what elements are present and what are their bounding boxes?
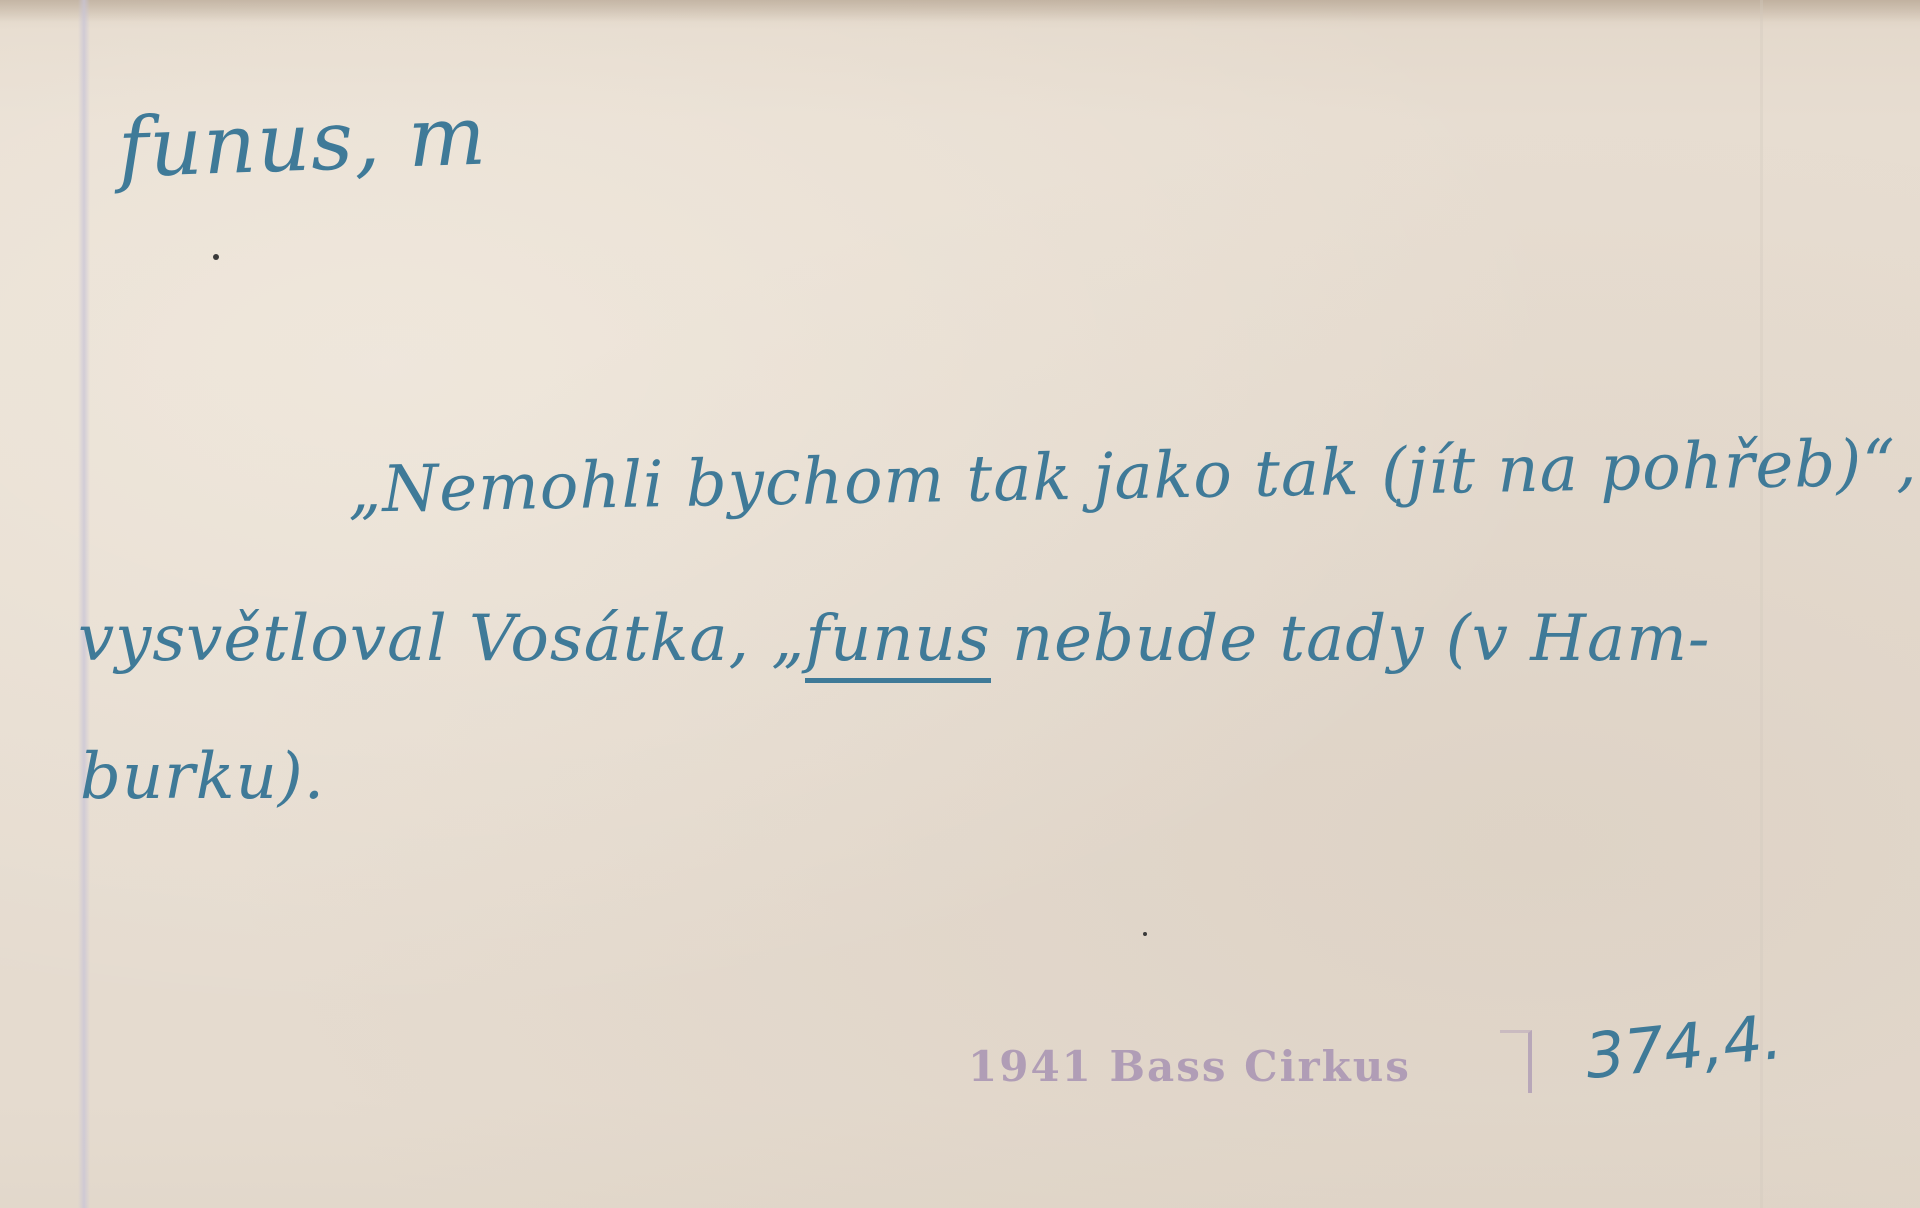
quote-line-2-end: nebude tady (v Ham- <box>991 602 1711 676</box>
headword: funus, m <box>116 89 488 197</box>
quote-line-1: „Nemohli bychom tak jako tak (jít na poh… <box>347 426 1917 527</box>
stamp-bracket-mark <box>1500 1030 1532 1093</box>
ink-speck <box>213 254 219 260</box>
ink-speck <box>1143 932 1147 936</box>
index-card: funus, m „Nemohli bychom tak jako tak (j… <box>0 0 1920 1208</box>
quote-line-2-start: vysvětloval Vosátka, „ <box>78 602 805 676</box>
quote-line-3: burku). <box>80 740 325 814</box>
source-stamp: 1941 Bass Cirkus <box>968 1042 1411 1091</box>
card-top-shadow <box>0 0 1920 22</box>
underlined-keyword: funus <box>805 602 990 683</box>
page-reference: 374,4. <box>1582 1000 1786 1093</box>
quote-line-2: vysvětloval Vosátka, „funus nebude tady … <box>78 602 1711 676</box>
